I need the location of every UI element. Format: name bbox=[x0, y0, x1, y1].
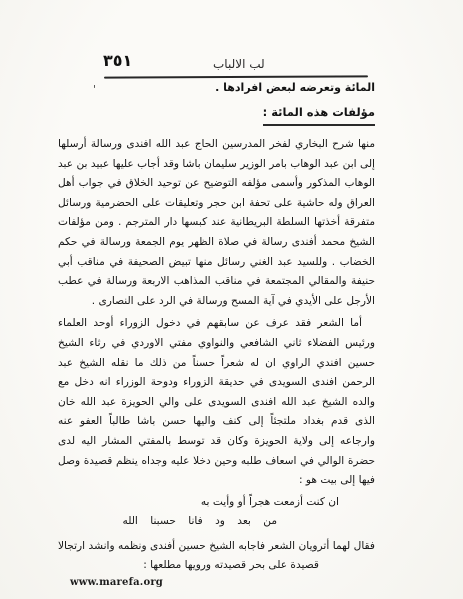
page-number: ٣٥١ bbox=[103, 51, 132, 70]
watermark-text: www.marefa.org bbox=[70, 577, 163, 588]
paragraph-qasida-intro-line: قصيدة على بحر قصيدته ورويها مطلعها : bbox=[58, 556, 375, 576]
verse-line: من بعد ود فانا حسبنا الله bbox=[58, 512, 375, 532]
verse-block: ان كنت أزمعت هجراً أو وأيت به من بعد ود … bbox=[58, 493, 375, 532]
book-title: لب الالباب bbox=[213, 57, 265, 71]
paragraph-poetry-anecdote: أما الشعر فقد عرف عن سابقهم في دخول الزو… bbox=[58, 314, 375, 490]
paragraph-reply-line: فقال لهما أترويان الشعر فاجابه الشيخ حسي… bbox=[58, 537, 375, 557]
stray-ink-mark: ' bbox=[93, 83, 96, 96]
section-heading: مؤلفات هذه المائة : bbox=[263, 105, 375, 126]
intro-line: المائة وتعرضه لبعض افرادها . bbox=[215, 81, 375, 94]
verse-line: ان كنت أزمعت هجراً أو وأيت به bbox=[58, 493, 375, 513]
header-rule bbox=[104, 75, 368, 78]
scanned-book-page: ٣٥١ لب الالباب ' المائة وتعرضه لبعض افرا… bbox=[0, 0, 463, 599]
paragraph-works-of-century: منها شرح البخاري لفخر المدرسين الحاج عبد… bbox=[58, 135, 375, 311]
body-text-column: منها شرح البخاري لفخر المدرسين الحاج عبد… bbox=[58, 135, 375, 576]
